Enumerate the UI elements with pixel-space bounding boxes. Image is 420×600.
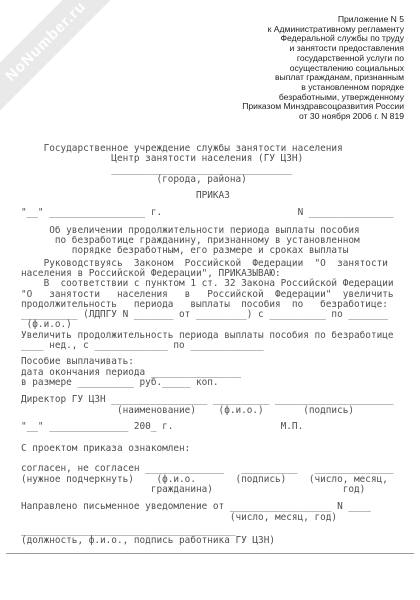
watermark-ribbon: NoNumber.ru	[0, 0, 126, 122]
payment-block: Пособие выплачивать: дата окончания пери…	[21, 357, 394, 388]
acquainted-line: С проектом приказа ознакомлен:	[21, 444, 394, 454]
notification-line: Направлено письменное уведомление от ___…	[21, 502, 394, 523]
order-form-body: Государственное учреждение службы занято…	[21, 144, 394, 547]
watermark-text: NoNumber.ru	[2, 0, 89, 84]
preamble-paragraph: Руководствуясь Законом Российской Федера…	[21, 259, 394, 331]
org-header: Государственное учреждение службы занято…	[21, 144, 394, 185]
order-title: ПРИКАЗ	[21, 191, 394, 201]
date-number-line: "__" _________________ г. N ____________…	[21, 208, 394, 218]
appendix-header: Приложение N 5 к Административному регла…	[242, 15, 404, 122]
clerk-signature-block: ______________________________________ (…	[21, 526, 394, 547]
subject-heading: Об увеличении продолжительности периода …	[21, 226, 394, 257]
increase-clause: Увеличить продолжительность периода выпл…	[21, 331, 394, 352]
date-seal-line: "__" ______________ 200_ г. М.П.	[21, 422, 394, 432]
director-signature-line: Директор ГУ ЦЗН _________________ ______…	[21, 395, 394, 416]
agreement-block: согласен, не согласен ______________ ___…	[21, 464, 394, 495]
document-page: NoNumber.ru Приложение N 5 к Администрат…	[0, 0, 420, 600]
footer-divider	[6, 553, 414, 554]
